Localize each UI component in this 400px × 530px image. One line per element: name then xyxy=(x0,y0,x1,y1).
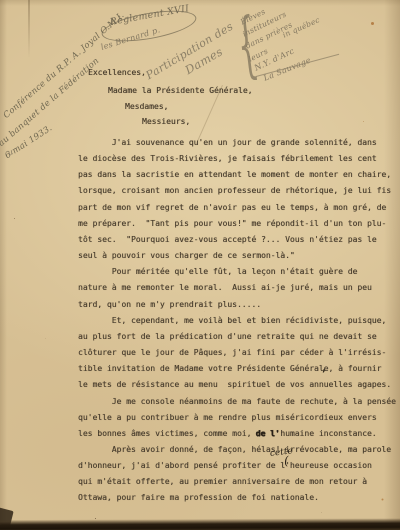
typed-line: au plus fort de la prédication d'une ret… xyxy=(78,329,400,345)
typed-line: pas dans la sacristie en attendant le mo… xyxy=(78,167,400,183)
typed-line: Ottawa, pour faire ma profession de foi … xyxy=(78,490,400,506)
typed-line: tôt sec. "Pourquoi avez-vous accepté ?..… xyxy=(78,232,400,248)
typed-line: Je me console néanmoins de ma faute de r… xyxy=(78,394,400,410)
ink-caret-mark: ( xyxy=(283,455,289,467)
salutation-excellences: Excellences, xyxy=(88,67,146,78)
typed-line: qui m'était offerte, au premier annivers… xyxy=(78,474,400,490)
typed-line: Pour méritée qu'elle fût, la leçon n'éta… xyxy=(78,264,400,280)
typed-line: lorsque, croisant mon ancien professeur … xyxy=(78,183,400,199)
salutation-presidente: Madame la Présidente Générale, xyxy=(108,85,253,96)
typed-line: clôturer que le jour de Pâques, j'ai fin… xyxy=(78,345,400,361)
typed-line: qu'elle a pu contribuer à me rendre plus… xyxy=(78,410,400,426)
typed-line: d'honneur, j'ai d'abord pensé profiter d… xyxy=(78,458,400,474)
page-bottom-edge xyxy=(0,518,400,530)
letter-page: Conférence du R.P. A. Joyal O.M.I. au ba… xyxy=(0,0,400,530)
typed-line: Et, cependant, me voilà bel et bien réci… xyxy=(78,313,400,329)
letter-body: J'ai souvenance qu'en un jour de grande … xyxy=(78,135,400,507)
typed-line: J'ai souvenance qu'en un jour de grande … xyxy=(78,135,400,151)
typed-line: le diocèse des Trois-Rivières, je faisai… xyxy=(78,151,400,167)
typed-line: les bonnes âmes victimes, comme moi, de … xyxy=(78,426,400,442)
ink-overwrite-de-l: de l' xyxy=(256,426,280,442)
typed-line: seul à pouvoir vous charger de ce sermon… xyxy=(78,248,400,264)
typed-line: tard, qu'on ne m'y prendrait plus..... xyxy=(78,297,400,313)
typed-line: part de mon vif regret de n'avoir pas eu… xyxy=(78,200,400,216)
typed-line: me préparer. "Tant pis pour vous!" me ré… xyxy=(78,216,400,232)
typed-line: tible invitation de Madame votre Préside… xyxy=(78,361,400,377)
typed-line: le mets de résistance au menu spirituel … xyxy=(78,377,400,393)
handwritten-list-item: in québec xyxy=(281,15,321,39)
ink-comma-mark: , xyxy=(321,364,327,374)
salutation-messieurs: Messieurs, xyxy=(142,116,190,127)
typed-line: nature à me remonter le moral. Aussi ai-… xyxy=(78,280,400,296)
salutation-mesdames: Mesdames, xyxy=(125,101,168,112)
typed-line: Après avoir donné, de façon, hélas! irré… xyxy=(78,442,400,458)
foxing-specks xyxy=(371,22,374,25)
paper-crease-vertical xyxy=(28,0,30,58)
